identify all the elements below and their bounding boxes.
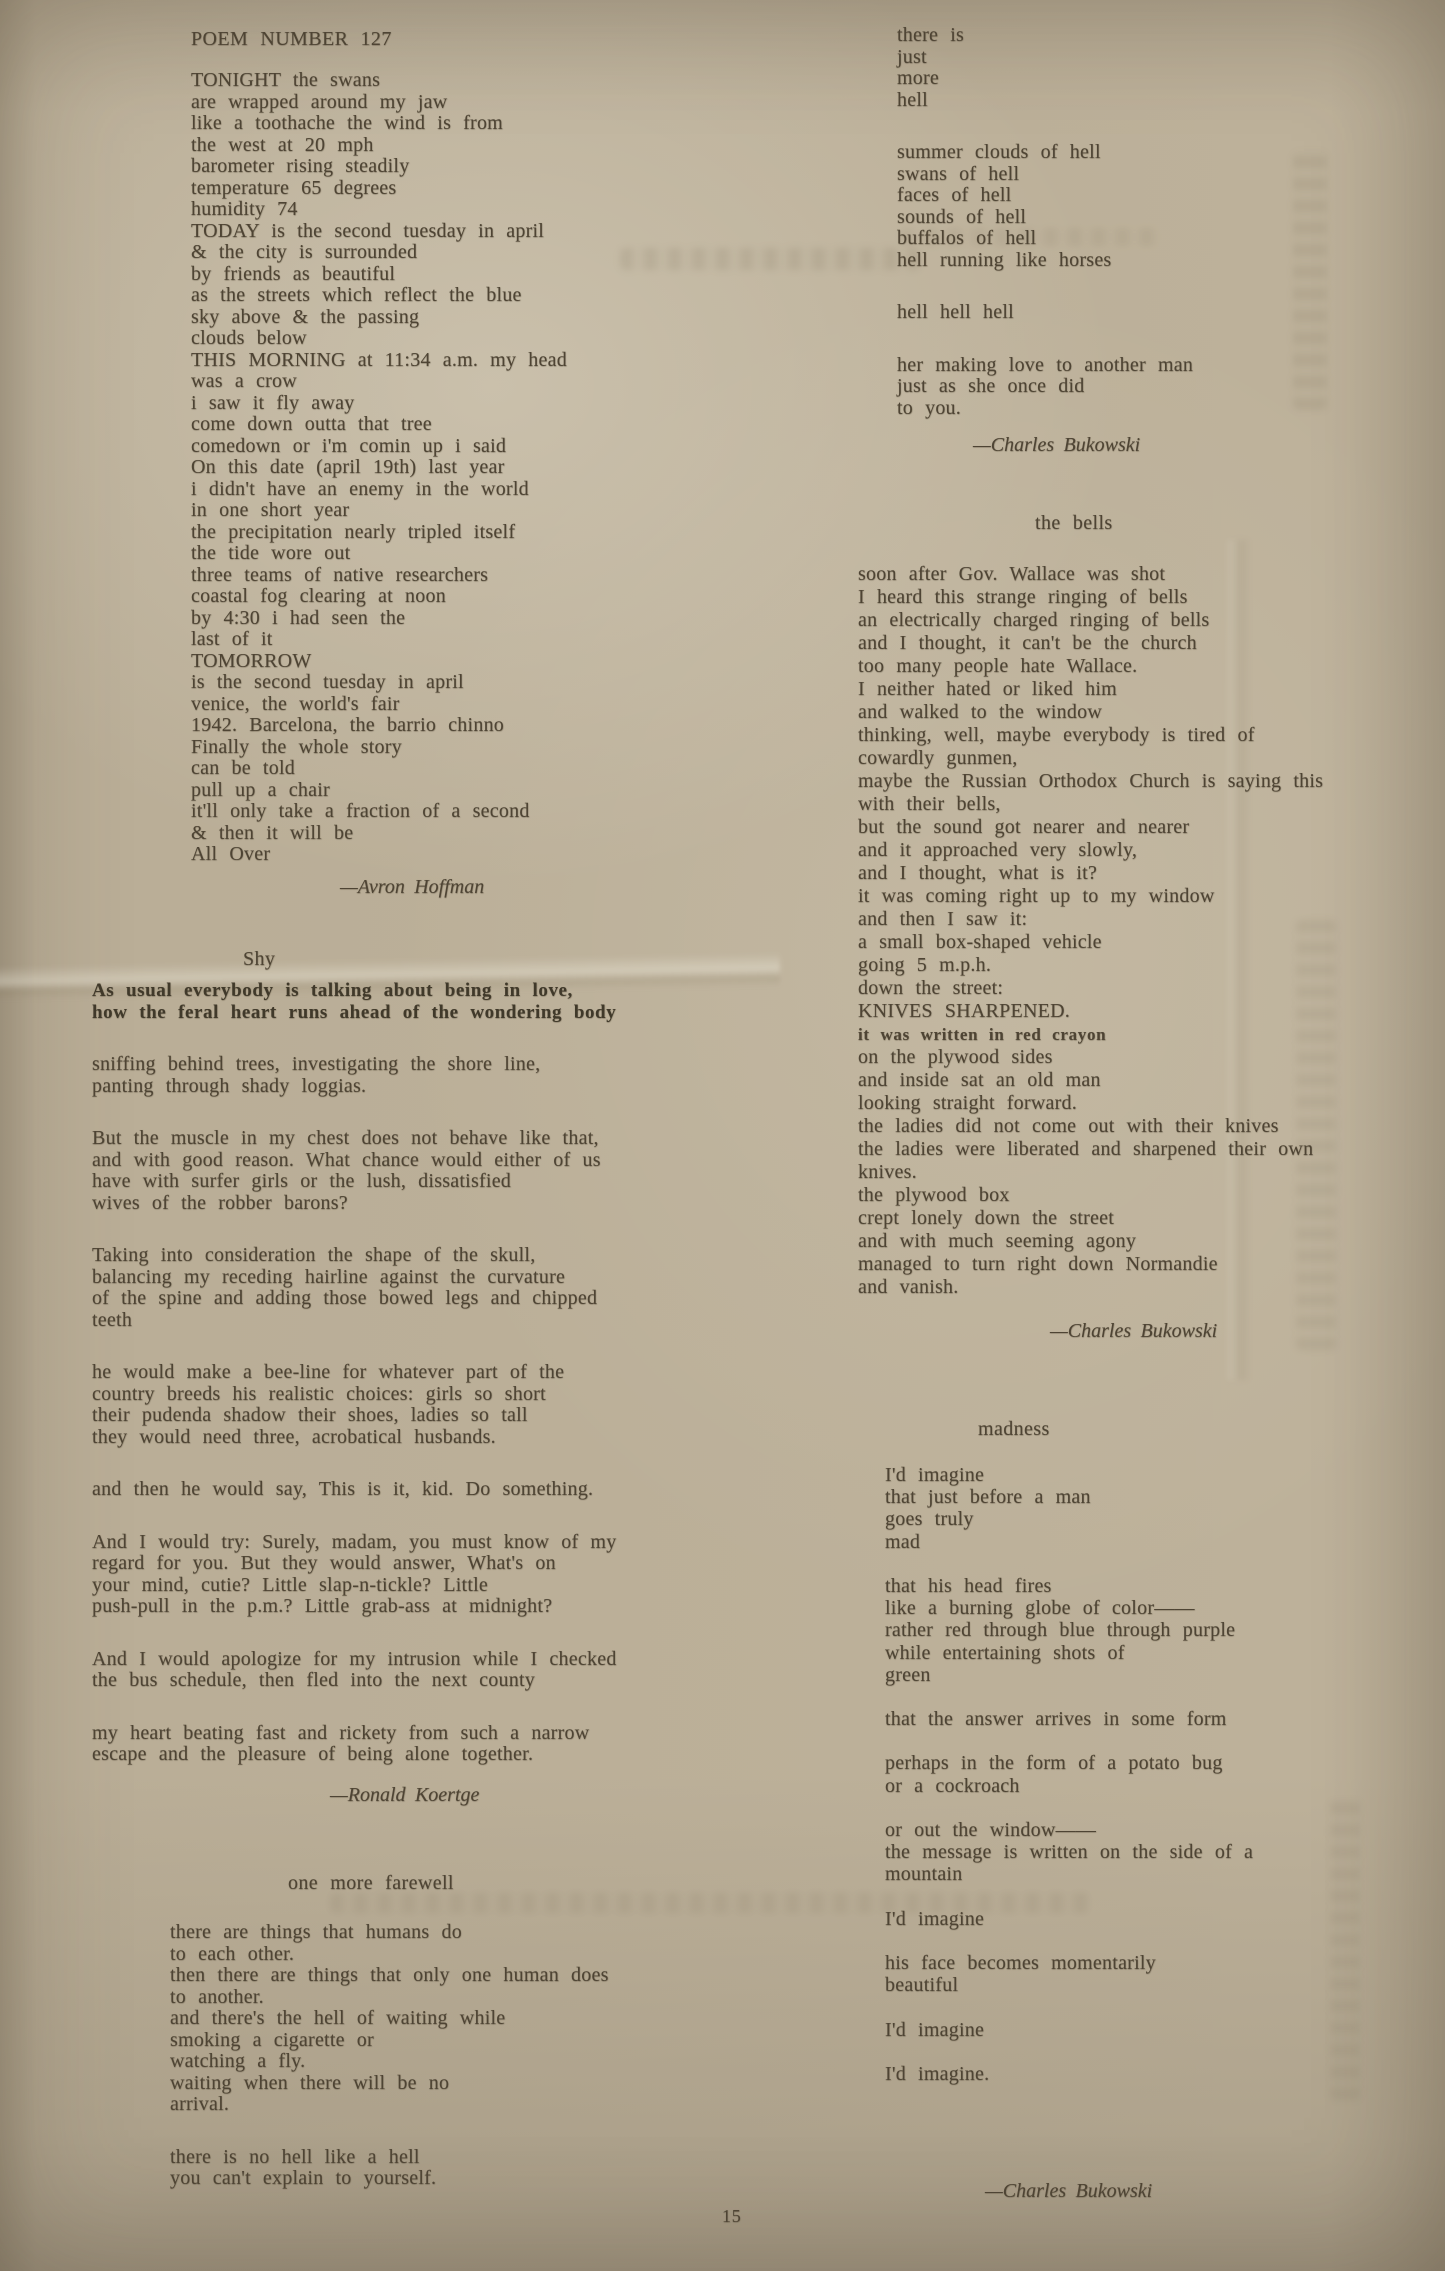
poem-line: can be told bbox=[191, 758, 567, 780]
poem-line: THIS MORNING at 11:34 a.m. my head bbox=[191, 350, 567, 372]
poem-line: escape and the pleasure of being alone t… bbox=[92, 1744, 617, 1766]
poem-line: the ladies were liberated and sharpened … bbox=[858, 1138, 1323, 1161]
poem-line: going 5 m.p.h. bbox=[858, 954, 1323, 977]
poem-line: sniffing behind trees, investigating the… bbox=[92, 1054, 617, 1076]
poem-line: last of it bbox=[191, 629, 567, 651]
attribution-charles-bukowski-1: —Charles Bukowski bbox=[973, 434, 1140, 457]
poem-line: while entertaining shots of bbox=[885, 1642, 1253, 1664]
poem-line: sounds of hell bbox=[897, 207, 1193, 229]
attribution-ronald-koertge: —Ronald Koertge bbox=[330, 1784, 479, 1807]
poem-line: or out the window—— bbox=[885, 1819, 1253, 1841]
poem-line: All Over bbox=[191, 844, 567, 866]
poem-line bbox=[92, 1448, 617, 1479]
poem-body-poem-number-127: TONIGHT the swansare wrapped around my j… bbox=[191, 70, 567, 866]
poem-line: come down outta that tree bbox=[191, 414, 567, 436]
poem-line bbox=[897, 324, 1193, 355]
scanned-poetry-page: POEM NUMBER 127 TONIGHT the swansare wra… bbox=[0, 0, 1445, 2271]
poem-line: with their bells, bbox=[858, 793, 1323, 816]
poem-line bbox=[885, 1553, 1253, 1575]
poem-line: barometer rising steadily bbox=[191, 156, 567, 178]
poem-line: pull up a chair bbox=[191, 780, 567, 802]
poem-line bbox=[897, 111, 1193, 142]
poem-line: TOMORROW bbox=[191, 651, 567, 673]
poem-line: push-pull in the p.m.? Little grab-ass a… bbox=[92, 1596, 617, 1618]
poem-line: I'd imagine bbox=[885, 2019, 1253, 2041]
poem-line: faces of hell bbox=[897, 185, 1193, 207]
poem-line: of the spine and adding those bowed legs… bbox=[92, 1288, 617, 1310]
poem-title-poem-number-127: POEM NUMBER 127 bbox=[191, 28, 392, 51]
poem-line: On this date (april 19th) last year bbox=[191, 457, 567, 479]
poem-line: goes truly bbox=[885, 1508, 1253, 1530]
poem-line: I'd imagine bbox=[885, 1464, 1253, 1486]
poem-line: watching a fly. bbox=[170, 2051, 609, 2073]
poem-body-shy: As usual everybody is talking about bein… bbox=[92, 980, 617, 1766]
poem-line: to you. bbox=[897, 398, 1193, 420]
poem-line: mountain bbox=[885, 1863, 1253, 1885]
poem-line: a small box-shaped vehicle bbox=[858, 931, 1323, 954]
poem-line: is the second tuesday in april bbox=[191, 672, 567, 694]
poem-line: and I thought, what is it? bbox=[858, 862, 1323, 885]
poem-line bbox=[885, 1886, 1253, 1908]
poem-line: sky above & the passing bbox=[191, 307, 567, 329]
poem-title-the-bells: the bells bbox=[1035, 512, 1113, 535]
poem-line: the message is written on the side of a bbox=[885, 1841, 1253, 1863]
poem-line: I'd imagine bbox=[885, 1908, 1253, 1930]
poem-line: it'll only take a fraction of a second bbox=[191, 801, 567, 823]
poem-line: it was coming right up to my window bbox=[858, 885, 1323, 908]
poem-line: arrival. bbox=[170, 2094, 609, 2116]
poem-line bbox=[170, 2116, 609, 2147]
poem-body-one-more-farewell: there are things that humans doto each o… bbox=[170, 1922, 609, 2190]
poem-line: that just before a man bbox=[885, 1486, 1253, 1508]
poem-line: as the streets which reflect the blue bbox=[191, 285, 567, 307]
poem-line: i didn't have an enemy in the world bbox=[191, 479, 567, 501]
page-number: 15 bbox=[722, 2206, 741, 2227]
poem-line: more bbox=[897, 68, 1193, 90]
poem-line bbox=[92, 1097, 617, 1128]
poem-line: coastal fog clearing at noon bbox=[191, 586, 567, 608]
poem-line: there is no hell like a hell bbox=[170, 2147, 609, 2169]
poem-line bbox=[897, 271, 1193, 302]
poem-line: But the muscle in my chest does not beha… bbox=[92, 1128, 617, 1150]
poem-line bbox=[885, 2041, 1253, 2063]
poem-line: swans of hell bbox=[897, 164, 1193, 186]
poem-line: an electrically charged ringing of bells bbox=[858, 609, 1323, 632]
poem-line: Finally the whole story bbox=[191, 737, 567, 759]
poem-line: humidity 74 bbox=[191, 199, 567, 221]
attribution-avron-hoffman: —Avron Hoffman bbox=[340, 876, 484, 899]
poem-line: the plywood box bbox=[858, 1184, 1323, 1207]
poem-line: by friends as beautiful bbox=[191, 264, 567, 286]
poem-line bbox=[885, 1997, 1253, 2019]
ink-bleedthrough bbox=[620, 248, 920, 270]
poem-line: knives. bbox=[858, 1161, 1323, 1184]
poem-line: his face becomes momentarily bbox=[885, 1952, 1253, 1974]
poem-line: three teams of native researchers bbox=[191, 565, 567, 587]
poem-line: I'd imagine. bbox=[885, 2063, 1253, 2085]
poem-line: & then it will be bbox=[191, 823, 567, 845]
poem-line: waiting when there will be no bbox=[170, 2073, 609, 2095]
poem-line: their pudenda shadow their shoes, ladies… bbox=[92, 1405, 617, 1427]
poem-line: and it approached very slowly, bbox=[858, 839, 1323, 862]
poem-line bbox=[92, 1618, 617, 1649]
poem-line: and vanish. bbox=[858, 1276, 1323, 1299]
poem-line: country breeds his realistic choices: gi… bbox=[92, 1384, 617, 1406]
poem-line: or a cockroach bbox=[885, 1775, 1253, 1797]
poem-line: there are things that humans do bbox=[170, 1922, 609, 1944]
poem-line: beautiful bbox=[885, 1974, 1253, 1996]
poem-line: and then I saw it: bbox=[858, 908, 1323, 931]
poem-line: the bus schedule, then fled into the nex… bbox=[92, 1670, 617, 1692]
poem-line: KNIVES SHARPENED. bbox=[858, 1000, 1323, 1023]
poem-line: the precipitation nearly tripled itself bbox=[191, 522, 567, 544]
poem-line: cowardly gunmen, bbox=[858, 747, 1323, 770]
poem-line: i saw it fly away bbox=[191, 393, 567, 415]
poem-line bbox=[885, 1797, 1253, 1819]
poem-line: buffalos of hell bbox=[897, 228, 1193, 250]
poem-line: comedown or i'm comin up i said bbox=[191, 436, 567, 458]
poem-line: mad bbox=[885, 1531, 1253, 1553]
poem-line: to another. bbox=[170, 1987, 609, 2009]
poem-line: panting through shady loggias. bbox=[92, 1076, 617, 1098]
poem-body-madness: I'd imaginethat just before a mangoes tr… bbox=[885, 1464, 1253, 2085]
poem-title-madness: madness bbox=[978, 1418, 1050, 1441]
poem-line bbox=[92, 1501, 617, 1532]
poem-line: temperature 65 degrees bbox=[191, 178, 567, 200]
poem-line: Taking into consideration the shape of t… bbox=[92, 1245, 617, 1267]
poem-line bbox=[92, 1331, 617, 1362]
poem-line: and with much seeming agony bbox=[858, 1230, 1323, 1253]
poem-line: and with good reason. What chance would … bbox=[92, 1150, 617, 1172]
poem-line: and walked to the window bbox=[858, 701, 1323, 724]
poem-line: in one short year bbox=[191, 500, 567, 522]
poem-line: wives of the robber barons? bbox=[92, 1193, 617, 1215]
poem-line: maybe the Russian Orthodox Church is say… bbox=[858, 770, 1323, 793]
poem-line: looking straight forward. bbox=[858, 1092, 1323, 1115]
poem-title-one-more-farewell: one more farewell bbox=[288, 1872, 454, 1895]
poem-line: was a crow bbox=[191, 371, 567, 393]
poem-line: & the city is surrounded bbox=[191, 242, 567, 264]
poem-line: just as she once did bbox=[897, 376, 1193, 398]
poem-line: teeth bbox=[92, 1310, 617, 1332]
poem-line: I neither hated or liked him bbox=[858, 678, 1323, 701]
poem-line: clouds below bbox=[191, 328, 567, 350]
poem-line: how the feral heart runs ahead of the wo… bbox=[92, 1002, 617, 1024]
poem-line: managed to turn right down Normandie bbox=[858, 1253, 1323, 1276]
poem-line: down the street: bbox=[858, 977, 1323, 1000]
poem-line bbox=[92, 1023, 617, 1054]
poem-line: then there are things that only one huma… bbox=[170, 1965, 609, 1987]
poem-line: you can't explain to yourself. bbox=[170, 2168, 609, 2190]
poem-line: that his head fires bbox=[885, 1575, 1253, 1597]
poem-line: 1942. Barcelona, the barrio chinno bbox=[191, 715, 567, 737]
poem-line: my heart beating fast and rickety from s… bbox=[92, 1723, 617, 1745]
poem-line: As usual everybody is talking about bein… bbox=[92, 980, 617, 1002]
poem-line: too many people hate Wallace. bbox=[858, 655, 1323, 678]
poem-line: crept lonely down the street bbox=[858, 1207, 1323, 1230]
ink-bleedthrough bbox=[1330, 1800, 1360, 2100]
poem-line: regard for you. But they would answer, W… bbox=[92, 1553, 617, 1575]
poem-line: and inside sat an old man bbox=[858, 1069, 1323, 1092]
poem-line: just bbox=[897, 47, 1193, 69]
attribution-charles-bukowski-3: —Charles Bukowski bbox=[985, 2180, 1152, 2203]
poem-line: venice, the world's fair bbox=[191, 694, 567, 716]
poem-line: it was written in red crayon bbox=[858, 1023, 1323, 1046]
poem-line: by 4:30 i had seen the bbox=[191, 608, 567, 630]
poem-line: And I would apologize for my intrusion w… bbox=[92, 1649, 617, 1671]
poem-body-hell: there isjustmorehell summer clouds of he… bbox=[897, 25, 1193, 419]
poem-line: and I thought, it can't be the church bbox=[858, 632, 1323, 655]
poem-line: and there's the hell of waiting while bbox=[170, 2008, 609, 2030]
poem-line: your mind, cutie? Little slap-n-tickle? … bbox=[92, 1575, 617, 1597]
poem-line: TODAY is the second tuesday in april bbox=[191, 221, 567, 243]
poem-line: that the answer arrives in some form bbox=[885, 1708, 1253, 1730]
poem-line: like a toothache the wind is from bbox=[191, 113, 567, 135]
ink-bleedthrough bbox=[1293, 150, 1327, 410]
poem-title-shy: Shy bbox=[243, 948, 275, 971]
poem-line: TONIGHT the swans bbox=[191, 70, 567, 92]
poem-line: but the sound got nearer and nearer bbox=[858, 816, 1323, 839]
poem-line bbox=[92, 1692, 617, 1723]
poem-line: green bbox=[885, 1664, 1253, 1686]
poem-line: the west at 20 mph bbox=[191, 135, 567, 157]
poem-line: her making love to another man bbox=[897, 355, 1193, 377]
poem-line: the tide wore out bbox=[191, 543, 567, 565]
poem-body-the-bells: soon after Gov. Wallace was shotI heard … bbox=[858, 563, 1323, 1299]
poem-line bbox=[885, 1686, 1253, 1708]
attribution-charles-bukowski-2: —Charles Bukowski bbox=[1050, 1320, 1217, 1343]
poem-line bbox=[885, 1730, 1253, 1752]
poem-line: the ladies did not come out with their k… bbox=[858, 1115, 1323, 1138]
poem-line: and then he would say, This is it, kid. … bbox=[92, 1479, 617, 1501]
poem-line: thinking, well, maybe everybody is tired… bbox=[858, 724, 1323, 747]
poem-line: And I would try: Surely, madam, you must… bbox=[92, 1532, 617, 1554]
poem-line: are wrapped around my jaw bbox=[191, 92, 567, 114]
poem-line: they would need three, acrobatical husba… bbox=[92, 1427, 617, 1449]
poem-line bbox=[885, 1930, 1253, 1952]
poem-line bbox=[92, 1214, 617, 1245]
poem-line: he would make a bee-line for whatever pa… bbox=[92, 1362, 617, 1384]
poem-line: balancing my receding hairline against t… bbox=[92, 1267, 617, 1289]
poem-line: summer clouds of hell bbox=[897, 142, 1193, 164]
poem-line: have with surfer girls or the lush, diss… bbox=[92, 1171, 617, 1193]
poem-line: rather red through blue through purple bbox=[885, 1619, 1253, 1641]
poem-line: perhaps in the form of a potato bug bbox=[885, 1752, 1253, 1774]
poem-line: I heard this strange ringing of bells bbox=[858, 586, 1323, 609]
poem-line: hell running like horses bbox=[897, 250, 1193, 272]
poem-line: to each other. bbox=[170, 1944, 609, 1966]
poem-line: there is bbox=[897, 25, 1193, 47]
poem-line: like a burning globe of color—— bbox=[885, 1597, 1253, 1619]
poem-line: smoking a cigarette or bbox=[170, 2030, 609, 2052]
poem-line: hell bbox=[897, 90, 1193, 112]
poem-line: soon after Gov. Wallace was shot bbox=[858, 563, 1323, 586]
poem-line: on the plywood sides bbox=[858, 1046, 1323, 1069]
poem-line: hell hell hell bbox=[897, 302, 1193, 324]
